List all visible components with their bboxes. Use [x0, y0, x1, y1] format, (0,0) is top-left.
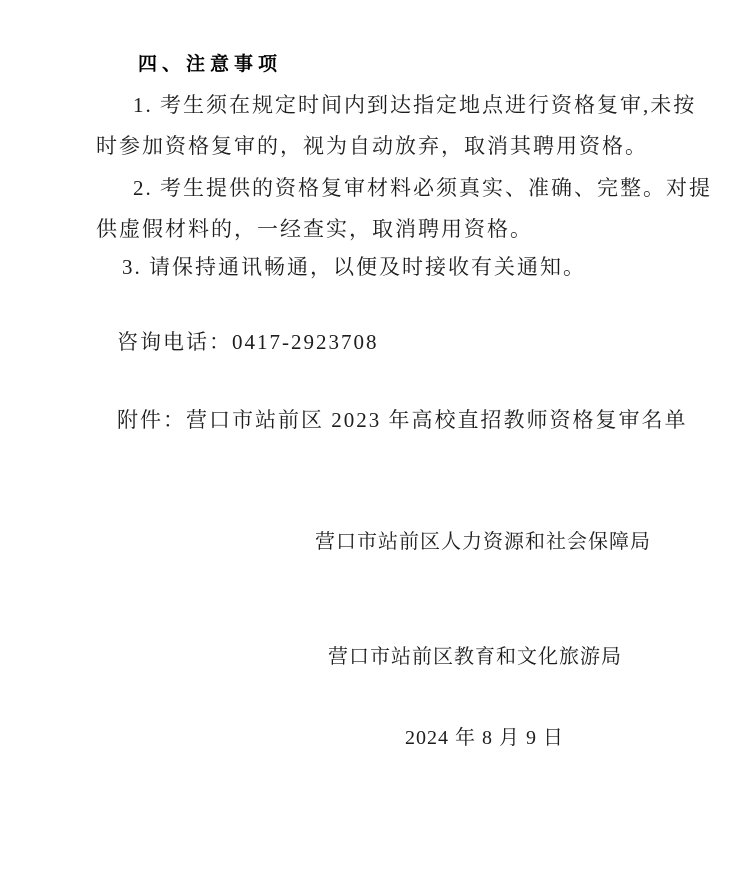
document-date: 2024 年 8 月 9 日 — [405, 727, 564, 750]
paragraph-2-line-1: 2. 考生提供的资格复审材料必须真实、准确、完整。对提 — [133, 177, 712, 200]
paragraph-2-line-2: 供虚假材料的，一经查实，取消聘用资格。 — [96, 218, 533, 241]
signature-education-culture-tourism-bureau: 营口市站前区教育和文化旅游局 — [328, 646, 622, 669]
signature-hr-social-security-bureau: 营口市站前区人力资源和社会保障局 — [315, 531, 651, 554]
paragraph-1-line-1: 1. 考生须在规定时间内到达指定地点进行资格复审,未按 — [133, 94, 696, 117]
document-page: 四、注意事项 1. 考生须在规定时间内到达指定地点进行资格复审,未按 时参加资格… — [0, 0, 746, 886]
attachment-line: 附件：营口市站前区 2023 年高校直招教师资格复审名单 — [117, 409, 688, 432]
paragraph-1-line-2: 时参加资格复审的，视为自动放弃，取消其聘用资格。 — [96, 135, 648, 158]
contact-phone-line: 咨询电话：0417-2923708 — [117, 331, 379, 354]
section-heading: 四、注意事项 — [138, 54, 282, 76]
paragraph-3-line-1: 3. 请保持通讯畅通，以便及时接收有关通知。 — [122, 256, 586, 279]
